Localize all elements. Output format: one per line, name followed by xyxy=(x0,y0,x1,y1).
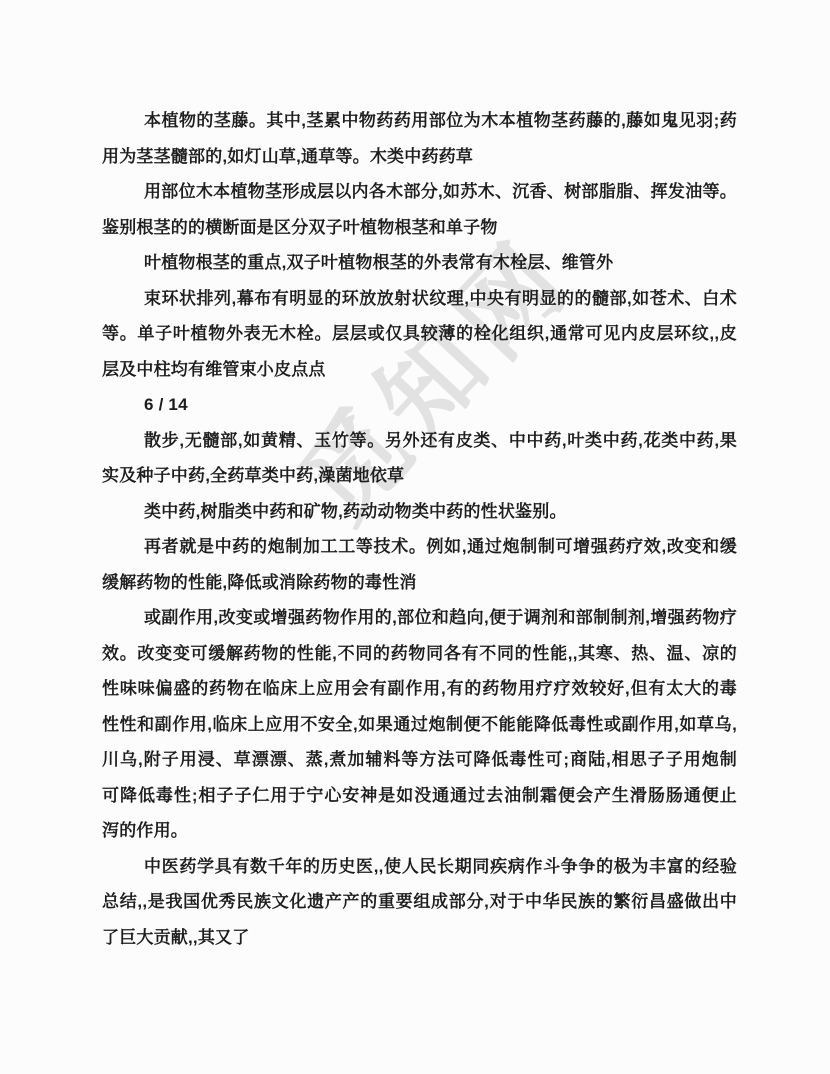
text-line: 用部位木本植物茎形成层以内各木部分,如苏木、沉香、树部脂脂、挥发油等。 xyxy=(102,174,737,210)
text-line: 泻的作用。 xyxy=(102,813,737,849)
text-line: 散步,无髓部,如黄精、玉竹等。另外还有皮类、中中药,叶类中药,花类中药,果 xyxy=(102,423,737,459)
text-line: 鉴别根茎的的横断面是区分双子叶植物根茎和单子物 xyxy=(102,210,737,246)
text-line: 了巨大贡献,,其又了 xyxy=(102,920,737,956)
text-line: 效。改变变可缓解药物的性能,不同的药物同各有不同的性能,,其寒、热、温、凉的 xyxy=(102,636,737,672)
text-line: 等。单子叶植物外表无木栓。层层或仅具较薄的栓化组织,通常可见内皮层环纹,,皮 xyxy=(102,316,737,352)
text-line: 缓解药物的性能,降低或消除药物的毒性消 xyxy=(102,565,737,601)
text-line: 实及种子中药,全药草类中药,澡菌地依草 xyxy=(102,458,737,494)
text-line: 叶植物根茎的重点,双子叶植物根茎的外表常有木栓层、维管外 xyxy=(102,245,737,281)
document-page: 觅知网 本植物的茎藤。其中,茎累中物药药用部位为木本植物茎药藤的,藤如鬼见羽;药… xyxy=(0,0,830,1074)
text-line: 可降低毒性;相子子仁用于宁心安神是如没通通过去油制霜便会产生滑肠肠通便止 xyxy=(102,778,737,814)
page-number: 6 / 14 xyxy=(102,387,737,423)
text-content: 本植物的茎藤。其中,茎累中物药药用部位为木本植物茎药藤的,藤如鬼见羽;药用为茎茎… xyxy=(102,103,737,955)
text-line: 束环状排列,幕布有明显的环放放射状纹理,中央有明显的的髓部,如苍术、白术 xyxy=(102,281,737,317)
text-line: 再者就是中药的炮制加工工等技术。例如,通过炮制制可增强药疗效,改变和缓 xyxy=(102,529,737,565)
text-line: 或副作用,改变或增强药物作用的,部位和趋向,便于调剂和部制制剂,增强药物疗 xyxy=(102,600,737,636)
text-line: 用为茎茎髓部的,如灯山草,通草等。木类中药药草 xyxy=(102,139,737,175)
text-line: 性味味偏盛的药物在临床上应用会有副作用,有的药物用疗疗效较好,但有太大的毒 xyxy=(102,671,737,707)
text-line: 层及中柱均有维管束小皮点点 xyxy=(102,352,737,388)
text-line: 中医药学具有数千年的历史医,,使人民长期同疾病作斗争争的极为丰富的经验 xyxy=(102,849,737,885)
text-line: 性性和副作用,临床上应用不安全,如果通过炮制便不能能降低毒性或副作用,如草乌, xyxy=(102,707,737,743)
text-line: 本植物的茎藤。其中,茎累中物药药用部位为木本植物茎药藤的,藤如鬼见羽;药 xyxy=(102,103,737,139)
text-line: 总结,,是我国优秀民族文化遗产产的重要组成部分,对于中华民族的繁衍昌盛做出中 xyxy=(102,884,737,920)
text-line: 类中药,树脂类中药和矿物,药动动物类中药的性状鉴别。 xyxy=(102,494,737,530)
text-line: 川乌,附子用浸、草漂漂、蒸,煮加辅料等方法可降低毒性可;商陆,相思子子用炮制 xyxy=(102,742,737,778)
